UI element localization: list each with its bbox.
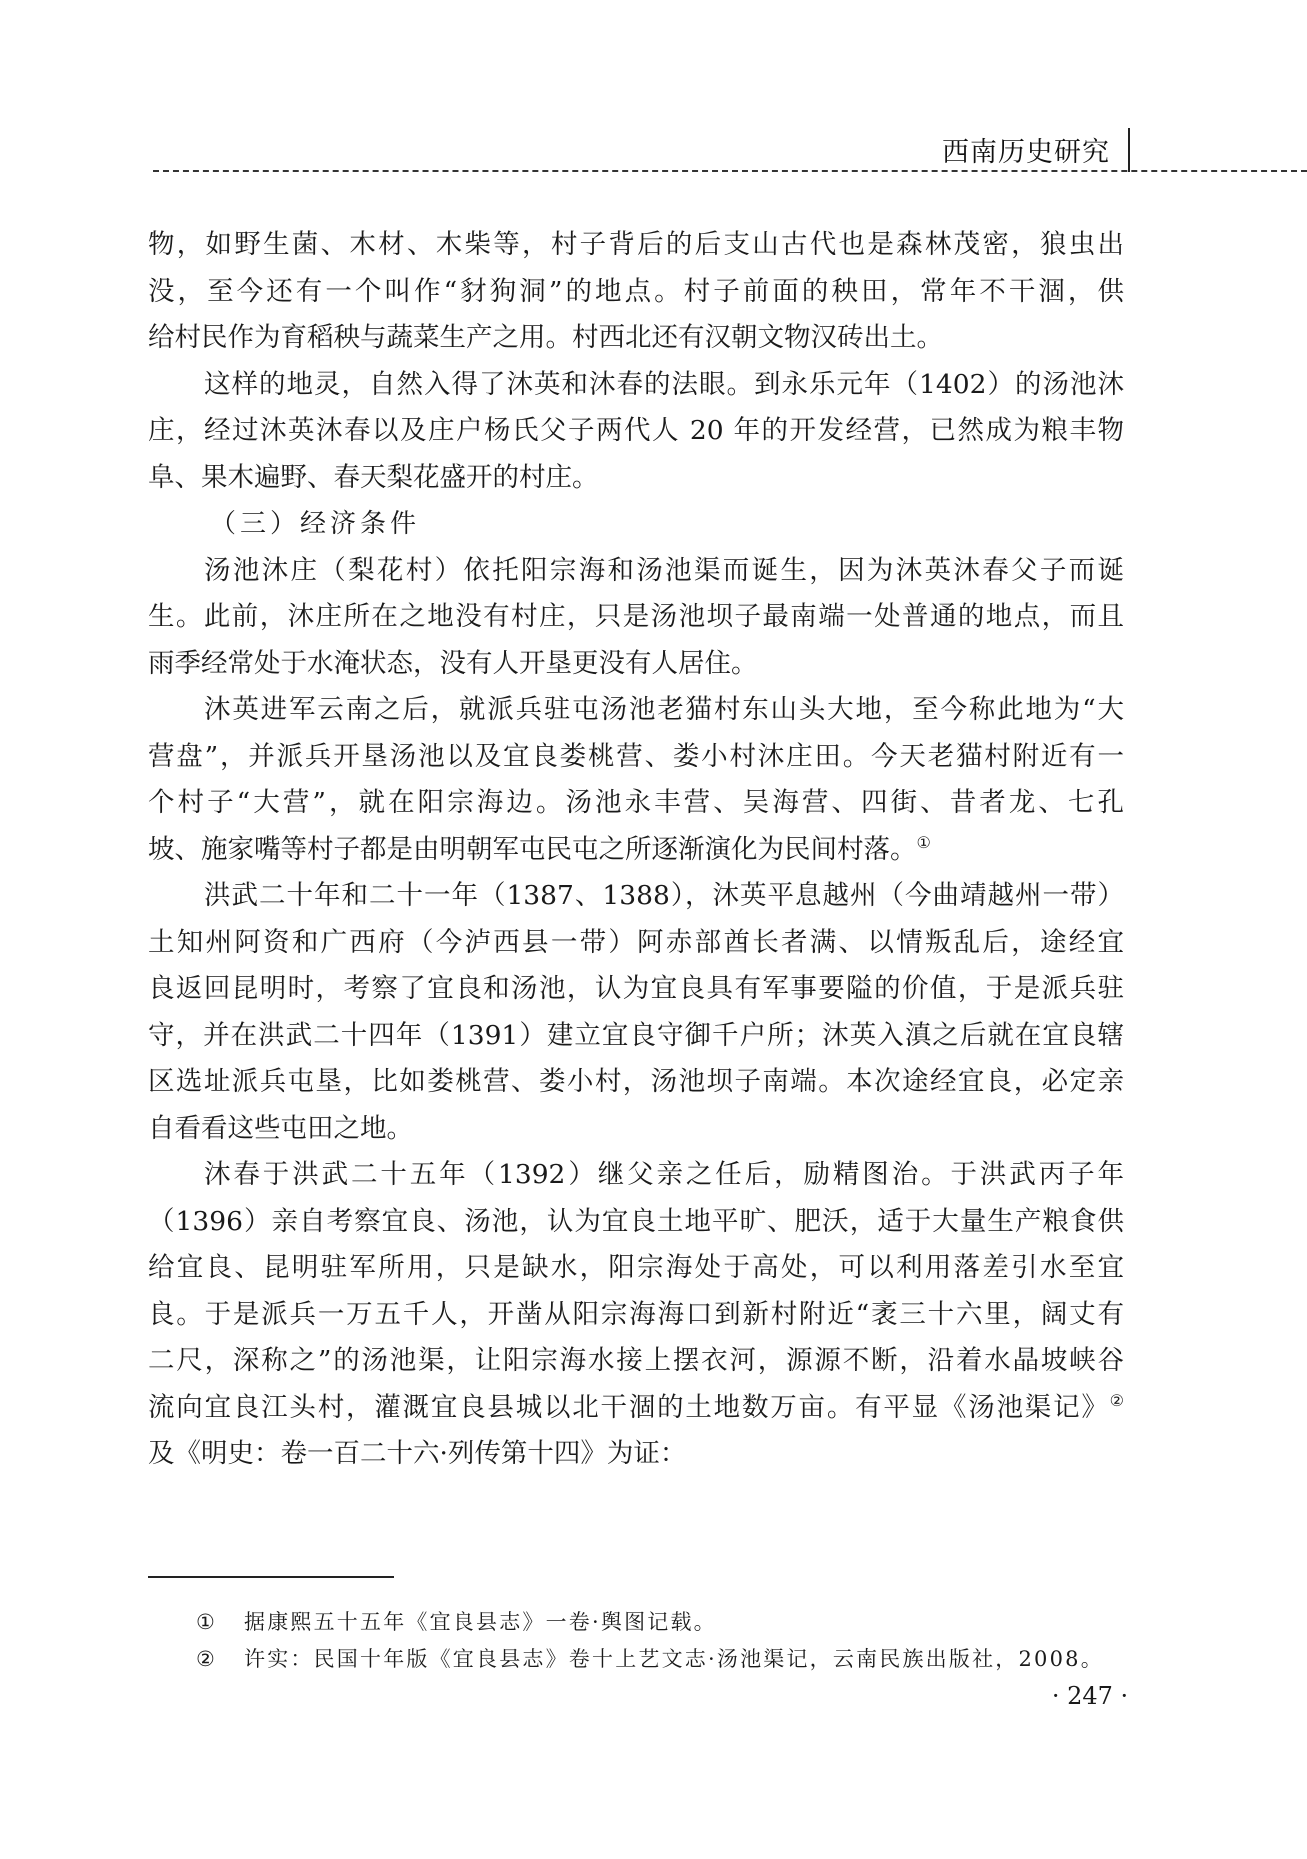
text-line-content: 洪武二十年和二十一年（1387、1388），沐英平息越州（今曲靖越州一带）	[204, 880, 1124, 911]
text-line: 及《明史：卷一百二十六·列传第十四》为证：	[148, 1431, 1124, 1478]
text-line: 庄，经过沐英沐春以及庄户杨氏父子两代人 20 年的开发经营，已然成为粮丰物	[148, 408, 1124, 455]
text-line: 沐春于洪武二十五年（1392）继父亲之任后，励精图治。于洪武丙子年	[148, 1152, 1124, 1199]
text-line: 自看看这些屯田之地。	[148, 1106, 1124, 1153]
body-text: 物，如野生菌、木材、木柴等，村子背后的后支山古代也是森林茂密，狼虫出没，至今还有…	[148, 222, 1124, 1478]
text-line-content: 阜、果木遍野、春天梨花盛开的村庄。	[148, 462, 599, 493]
footnote-item: ①据康熙五十五年《宜良县志》一卷·舆图记载。	[196, 1604, 1156, 1641]
text-line: 这样的地灵，自然入得了沐英和沐春的法眼。到永乐元年（1402）的汤池沐	[148, 362, 1124, 409]
text-line: 良。于是派兵一万五千人，开凿从阳宗海海口到新村附近“袤三十六里，阔丈有	[148, 1292, 1124, 1339]
text-line-content: 沐英进军云南之后，就派兵驻屯汤池老猫村东山头大地，至今称此地为“大	[204, 694, 1124, 725]
text-line-content: 沐春于洪武二十五年（1392）继父亲之任后，励精图治。于洪武丙子年	[204, 1159, 1124, 1190]
footnote-text: 许实：民国十年版《宜良县志》卷十上艺文志·汤池渠记，云南民族出版社，2008。	[244, 1647, 1104, 1671]
text-line-content: 这样的地灵，自然入得了沐英和沐春的法眼。到永乐元年（1402）的汤池沐	[204, 369, 1124, 400]
text-line-content: 守，并在洪武二十四年（1391）建立宜良守御千户所；沐英入滇之后就在宜良辖	[148, 1020, 1124, 1051]
text-line: 沐英进军云南之后，就派兵驻屯汤池老猫村东山头大地，至今称此地为“大	[148, 687, 1124, 734]
journal-title: 西南历史研究	[942, 130, 1110, 169]
text-line: 汤池沐庄（梨花村）依托阳宗海和汤池渠而诞生，因为沐英沐春父子而诞	[148, 548, 1124, 595]
paragraph-block-2: 汤池沐庄（梨花村）依托阳宗海和汤池渠而诞生，因为沐英沐春父子而诞生。此前，沐庄所…	[148, 548, 1124, 1478]
text-line: 物，如野生菌、木材、木柴等，村子背后的后支山古代也是森林茂密，狼虫出	[148, 222, 1124, 269]
text-line-content: 物，如野生菌、木材、木柴等，村子背后的后支山古代也是森林茂密，狼虫出	[148, 229, 1124, 260]
text-line: 流向宜良江头村，灌溉宜良县城以北干涸的土地数万亩。有平显《汤池渠记》②	[148, 1385, 1124, 1432]
text-line-content: 土知州阿资和广西府（今泸西县一带）阿赤部酋长者满、以情叛乱后，途经宜	[148, 927, 1124, 958]
text-line-content: （1396）亲自考察宜良、汤池，认为宜良土地平旷、肥沃，适于大量生产粮食供	[148, 1206, 1124, 1237]
text-line: （1396）亲自考察宜良、汤池，认为宜良土地平旷、肥沃，适于大量生产粮食供	[148, 1199, 1124, 1246]
text-line-content: 没，至今还有一个叫作“豺狗洞”的地点。村子前面的秧田，常年不干涸，供	[148, 276, 1124, 307]
text-line: 营盘”，并派兵开垦汤池以及宜良娄桃营、娄小村沐庄田。今天老猫村附近有一	[148, 734, 1124, 781]
text-line-content: 坡、施家嘴等村子都是由明朝军屯民屯之所逐渐演化为民间村落。	[148, 834, 917, 865]
text-line-content: 生。此前，沐庄所在之地没有村庄，只是汤池坝子最南端一处普通的地点，而且	[148, 601, 1124, 632]
footnote-item: ②许实：民国十年版《宜良县志》卷十上艺文志·汤池渠记，云南民族出版社，2008。	[196, 1641, 1156, 1678]
footnote-mark: ①	[196, 1604, 244, 1641]
text-line-content: 给宜良、昆明驻军所用，只是缺水，阳宗海处于高处，可以利用落差引水至宜	[148, 1252, 1124, 1283]
header-dashed-rule	[153, 170, 1307, 172]
text-line: 给村民作为育稻秧与蔬菜生产之用。村西北还有汉朝文物汉砖出土。	[148, 315, 1124, 362]
text-line: 守，并在洪武二十四年（1391）建立宜良守御千户所；沐英入滇之后就在宜良辖	[148, 1013, 1124, 1060]
text-line: 土知州阿资和广西府（今泸西县一带）阿赤部酋长者满、以情叛乱后，途经宜	[148, 920, 1124, 967]
footnote-ref[interactable]: ②	[1110, 1391, 1124, 1410]
text-line-content: 个村子“大营”，就在阳宗海边。汤池永丰营、吴海营、四街、昔者龙、七孔	[148, 787, 1124, 818]
header-vertical-bar	[1128, 128, 1130, 172]
paragraph-block-1: 物，如野生菌、木材、木柴等，村子背后的后支山古代也是森林茂密，狼虫出没，至今还有…	[148, 222, 1124, 501]
footnote-ref[interactable]: ①	[917, 833, 931, 852]
text-line-content: 汤池沐庄（梨花村）依托阳宗海和汤池渠而诞生，因为沐英沐春父子而诞	[204, 555, 1124, 586]
footnote-rule	[148, 1576, 394, 1578]
text-line-content: 自看看这些屯田之地。	[148, 1113, 413, 1144]
text-line: 二尺，深称之”的汤池渠，让阳宗海水接上摆衣河，源源不断，沿着水晶坡峡谷	[148, 1338, 1124, 1385]
text-line: 区选址派兵屯垦，比如娄桃营、娄小村，汤池坝子南端。本次途经宜良，必定亲	[148, 1059, 1124, 1106]
text-line-content: 营盘”，并派兵开垦汤池以及宜良娄桃营、娄小村沐庄田。今天老猫村附近有一	[148, 741, 1124, 772]
text-line: 没，至今还有一个叫作“豺狗洞”的地点。村子前面的秧田，常年不干涸，供	[148, 269, 1124, 316]
text-line: 洪武二十年和二十一年（1387、1388），沐英平息越州（今曲靖越州一带）	[148, 873, 1124, 920]
text-line: 雨季经常处于水淹状态，没有人开垦更没有人居住。	[148, 641, 1124, 688]
text-line: 阜、果木遍野、春天梨花盛开的村庄。	[148, 455, 1124, 502]
text-line: 坡、施家嘴等村子都是由明朝军屯民屯之所逐渐演化为民间村落。①	[148, 827, 1124, 874]
text-line-content: 良返回昆明时，考察了宜良和汤池，认为宜良具有军事要隘的价值，于是派兵驻	[148, 973, 1124, 1004]
text-line-content: 区选址派兵屯垦，比如娄桃营、娄小村，汤池坝子南端。本次途经宜良，必定亲	[148, 1066, 1124, 1097]
text-line-content: 流向宜良江头村，灌溉宜良县城以北干涸的土地数万亩。有平显《汤池渠记》	[148, 1392, 1110, 1423]
section-heading: （三）经济条件	[148, 501, 1124, 548]
footnotes: ①据康熙五十五年《宜良县志》一卷·舆图记载。②许实：民国十年版《宜良县志》卷十上…	[196, 1604, 1156, 1678]
text-line: 良返回昆明时，考察了宜良和汤池，认为宜良具有军事要隘的价值，于是派兵驻	[148, 966, 1124, 1013]
footnote-mark: ②	[196, 1641, 244, 1678]
running-head: 西南历史研究	[153, 128, 1307, 172]
text-line: 生。此前，沐庄所在之地没有村庄，只是汤池坝子最南端一处普通的地点，而且	[148, 594, 1124, 641]
text-line-content: 给村民作为育稻秧与蔬菜生产之用。村西北还有汉朝文物汉砖出土。	[148, 322, 943, 353]
text-line-content: 雨季经常处于水淹状态，没有人开垦更没有人居住。	[148, 648, 758, 679]
text-line: 给宜良、昆明驻军所用，只是缺水，阳宗海处于高处，可以利用落差引水至宜	[148, 1245, 1124, 1292]
footnote-text: 据康熙五十五年《宜良县志》一卷·舆图记载。	[244, 1610, 717, 1634]
text-line-content: 二尺，深称之”的汤池渠，让阳宗海水接上摆衣河，源源不断，沿着水晶坡峡谷	[148, 1345, 1124, 1376]
text-line-content: 庄，经过沐英沐春以及庄户杨氏父子两代人 20 年的开发经营，已然成为粮丰物	[148, 415, 1124, 446]
page-number: · 247 ·	[1030, 1682, 1150, 1710]
text-line: 个村子“大营”，就在阳宗海边。汤池永丰营、吴海营、四街、昔者龙、七孔	[148, 780, 1124, 827]
text-line-content: 及《明史：卷一百二十六·列传第十四》为证：	[148, 1438, 686, 1469]
text-line-content: 良。于是派兵一万五千人，开凿从阳宗海海口到新村附近“袤三十六里，阔丈有	[148, 1299, 1124, 1330]
